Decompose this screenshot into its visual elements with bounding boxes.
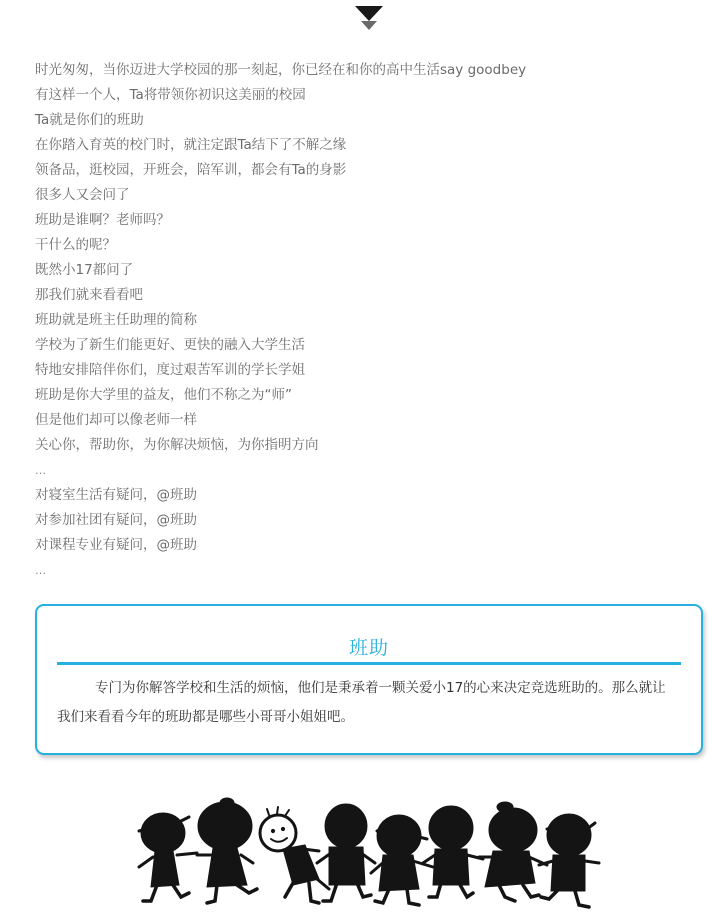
intro-line: 干什么的呢？ [35,233,695,258]
intro-line: 班助就是班主任助理的简称 [35,308,695,333]
intro-line: 对寝室生活有疑问，@班助 [35,483,695,508]
intro-line: 班助是你大学里的益友，他们不称之为“师” [35,383,695,408]
intro-line: 对参加社团有疑问，@班助 [35,508,695,533]
intro-text-block: 时光匆匆，当你迈进大学校园的那一刻起，你已经在和你的高中生活say goodbe… [35,58,695,583]
intro-line: 很多人又会问了 [35,183,695,208]
intro-line: 那我们就来看看吧 [35,283,695,308]
intro-line: 但是他们却可以像老师一样 [35,408,695,433]
card-body-text: 专门为你解答学校和生活的烦恼，他们是秉承着一颗关爱小17的心来决定竞选班助的。那… [57,674,677,732]
card-divider [57,662,681,665]
card-title: 班助 [37,633,701,660]
intro-line: 在你踏入育英的校门时，就注定跟Ta结下了不解之缘 [35,133,695,158]
intro-ellipsis: … [35,558,695,583]
children-holding-hands-silhouette-icon [133,793,603,913]
intro-line: 既然小17都问了 [35,258,695,283]
intro-line: 时光匆匆，当你迈进大学校园的那一刻起，你已经在和你的高中生活say goodbe… [35,58,695,83]
banzhu-info-card: 班助 专门为你解答学校和生活的烦恼，他们是秉承着一颗关爱小17的心来决定竞选班助… [35,604,703,755]
intro-line: 对课程专业有疑问，@班助 [35,533,695,558]
intro-line: 有这样一个人，Ta将带领你初识这美丽的校园 [35,83,695,108]
intro-line: 学校为了新生们能更好、更快的融入大学生活 [35,333,695,358]
intro-line: 关心你，帮助你，为你解决烦恼，为你指明方向 [35,433,695,458]
intro-line: Ta就是你们的班助 [35,108,695,133]
article-page: 时光匆匆，当你迈进大学校园的那一刻起，你已经在和你的高中生活say goodbe… [0,0,721,920]
intro-line: 班助是谁啊？老师吗？ [35,208,695,233]
intro-line: 特地安排陪伴你们，度过艰苦军训的学长学姐 [35,358,695,383]
intro-ellipsis: … [35,458,695,483]
double-chevron-down-icon [355,6,383,32]
intro-line: 领备品，逛校园，开班会，陪军训，都会有Ta的身影 [35,158,695,183]
